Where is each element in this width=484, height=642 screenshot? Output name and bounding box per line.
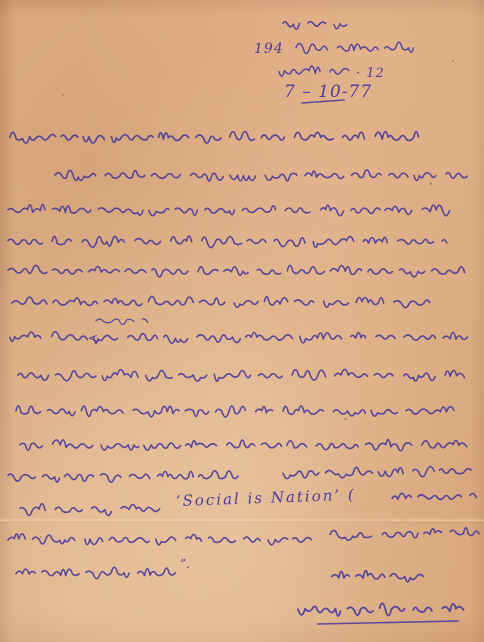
body-line-3-stroke <box>8 236 447 248</box>
header-city-stroke <box>279 66 349 76</box>
paper-speck <box>62 94 64 96</box>
signature-stroke <box>298 603 464 616</box>
body-line-7-stroke <box>18 369 465 381</box>
body-line-1-stroke <box>55 170 467 181</box>
body-line-10-stroke <box>8 471 238 482</box>
body-line-10-stroke <box>283 466 471 478</box>
body-line-11-text: ‘Social is Nation’ ( <box>176 486 357 510</box>
body-line-9-stroke <box>20 440 467 451</box>
header-name-stroke <box>283 22 347 30</box>
body-line-13-stroke <box>16 567 175 578</box>
body-line-13-text: ”. <box>180 557 190 571</box>
header-date-text: 7 – 10-77 <box>284 82 372 102</box>
paper-speck <box>344 418 347 420</box>
closing-stroke <box>332 571 423 582</box>
body-line-6-stroke <box>10 332 467 343</box>
handwriting-ink-layer: 194· 127 – 10-77<‘Social is Nation’ (”. <box>0 0 484 642</box>
paper-speck <box>430 182 432 185</box>
letter-page: 194· 127 – 10-77<‘Social is Nation’ (”. <box>0 0 484 642</box>
body-line-8-stroke <box>16 406 454 417</box>
body-line-12-stroke <box>8 534 311 545</box>
body-line-2-stroke <box>8 205 450 216</box>
paper-speck <box>40 536 42 538</box>
header-address-stroke <box>296 42 413 53</box>
body-line-5-stroke <box>12 296 430 307</box>
paper-speck <box>452 60 454 62</box>
paper-speck <box>118 300 120 302</box>
body-line-12-stroke <box>330 528 479 541</box>
header-city-text: · 12 <box>356 66 385 81</box>
signature-underline <box>318 621 458 624</box>
body-line-4-stroke <box>8 265 465 277</box>
salutation-stroke <box>10 132 418 144</box>
interline-insertion-stroke <box>96 319 148 325</box>
body-line-11-stroke <box>20 504 160 516</box>
body-line-11-stroke <box>392 493 476 499</box>
header-address-text: 194 <box>254 41 284 57</box>
